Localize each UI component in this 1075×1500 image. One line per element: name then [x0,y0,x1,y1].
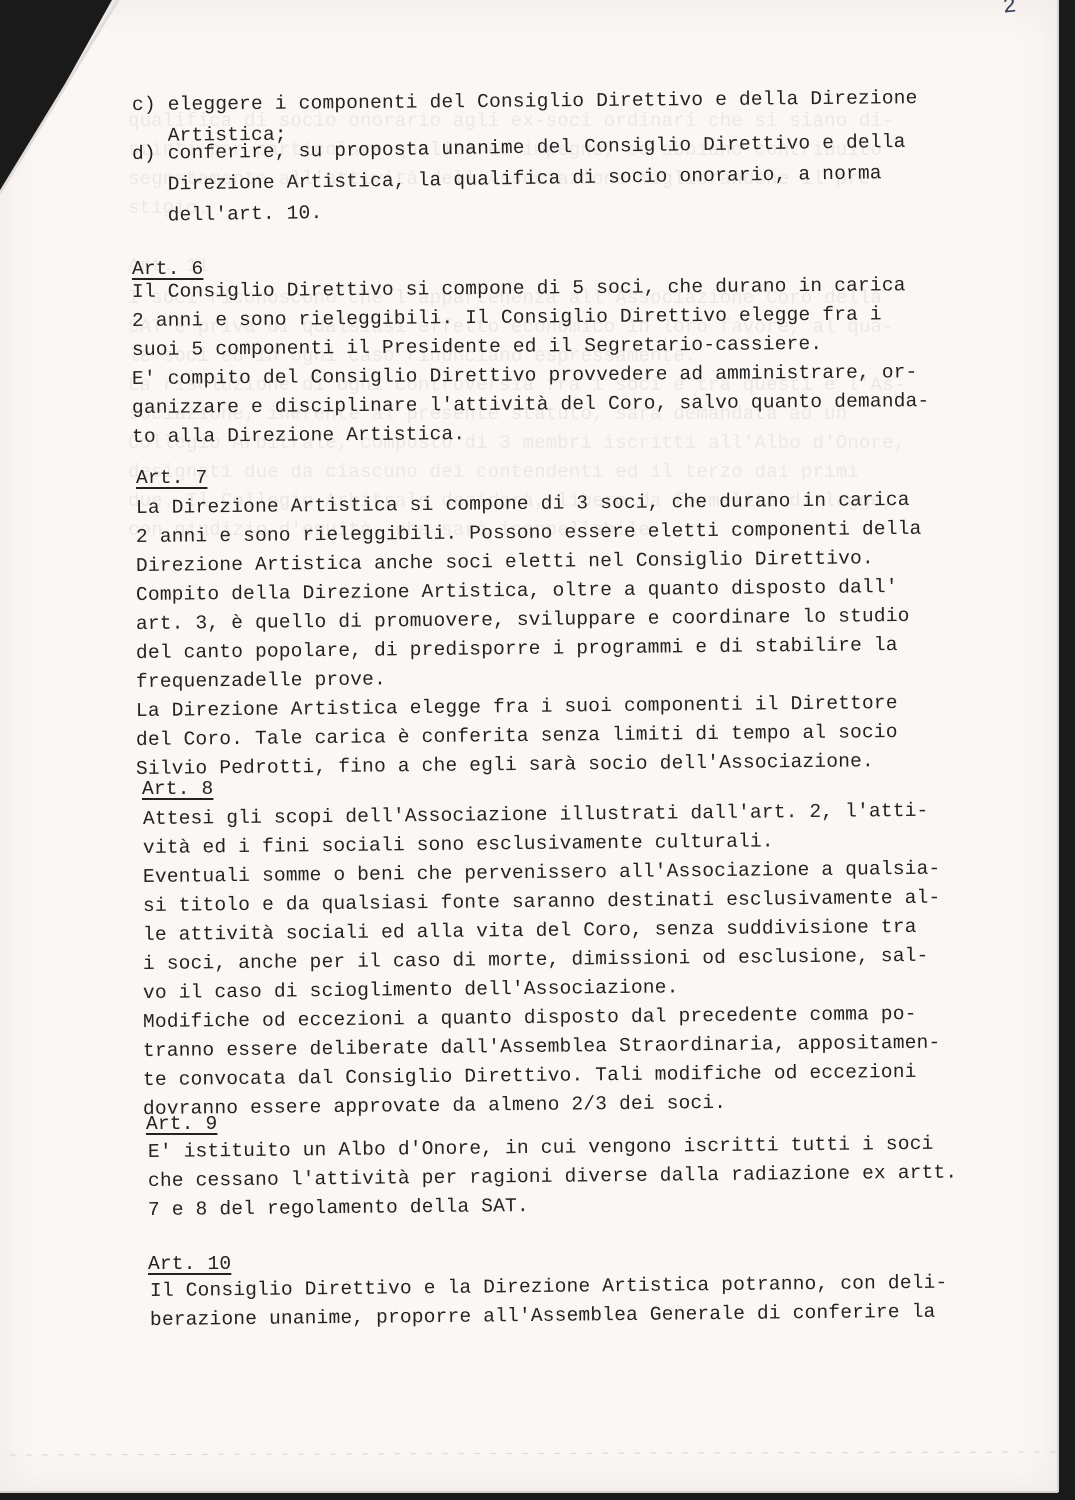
article-line: Eventuali somme o beni che pervenissero … [143,858,941,888]
article-line: to alla Direzione Artistica. [132,423,465,448]
article-line: vo il caso di scioglimento dell'Associaz… [143,976,679,1004]
article-line: te convocata dal Consiglio Direttivo. Ta… [143,1061,917,1091]
article-line: E' istituito un Albo d'Onore, in cui ven… [148,1133,934,1163]
article-line: Compito della Direzione Artistica, oltre… [136,576,898,606]
article-line: frequenzadelle prove. [136,668,386,693]
article-heading: Art. 9 [146,1113,217,1135]
article-heading: Art. 7 [136,467,207,489]
article-line: 7 e 8 del regolamento della SAT. [148,1195,529,1221]
article-heading: Art. 6 [132,258,203,280]
article-line: dovranno essere approvate da almeno 2/3 … [143,1092,726,1120]
article-line: le attività sociali ed alla vita del Cor… [143,916,917,946]
article-line: La Direzione Artistica elegge fra i suoi… [136,692,898,722]
article-line: Direzione Artistica anche soci eletti ne… [136,547,874,577]
article-heading: Art. 8 [142,778,213,800]
show-through-line: designati due da ciascuno dei contendent… [128,461,859,483]
article-line: vità ed i fini sociali sono esclusivamen… [143,830,774,859]
article-line: del Coro. Tale carica è conferita senza … [136,721,898,751]
article-line: Modifiche od eccezioni a quanto disposto… [143,1003,917,1033]
article-line: art. 3, è quello di promuovere, sviluppa… [136,605,910,635]
article-line: Il Consiglio Direttivo e la Direzione Ar… [150,1272,948,1302]
article-line: suoi 5 componenti il Presidente ed il Se… [132,333,822,361]
article-heading: Art. 10 [148,1253,231,1275]
article-line: che cessano l'attività per ragioni diver… [148,1162,958,1192]
list-item-line: dell'art. 10. [132,202,323,227]
article-line: del canto popolare, di predisporre i pro… [136,634,898,664]
article-line: si titolo e da qualsiasi fonte saranno d… [143,887,941,917]
article-line: tranno essere deliberate dall'Assemblea … [143,1032,941,1062]
article-line: i soci, anche per il caso di morte, dimi… [143,945,929,975]
scanned-page: 2 qualifica di socio onorario agli ex-so… [0,0,1075,1500]
article-line: berazione unanime, proporre all'Assemble… [150,1301,936,1331]
document-body: qualifica di socio onorario agli ex-soci… [0,0,1075,1500]
article-line: Silvio Pedrotti, fino a che egli sarà so… [136,750,874,780]
article-line: Attesi gli scopi dell'Associazione illus… [143,800,929,830]
